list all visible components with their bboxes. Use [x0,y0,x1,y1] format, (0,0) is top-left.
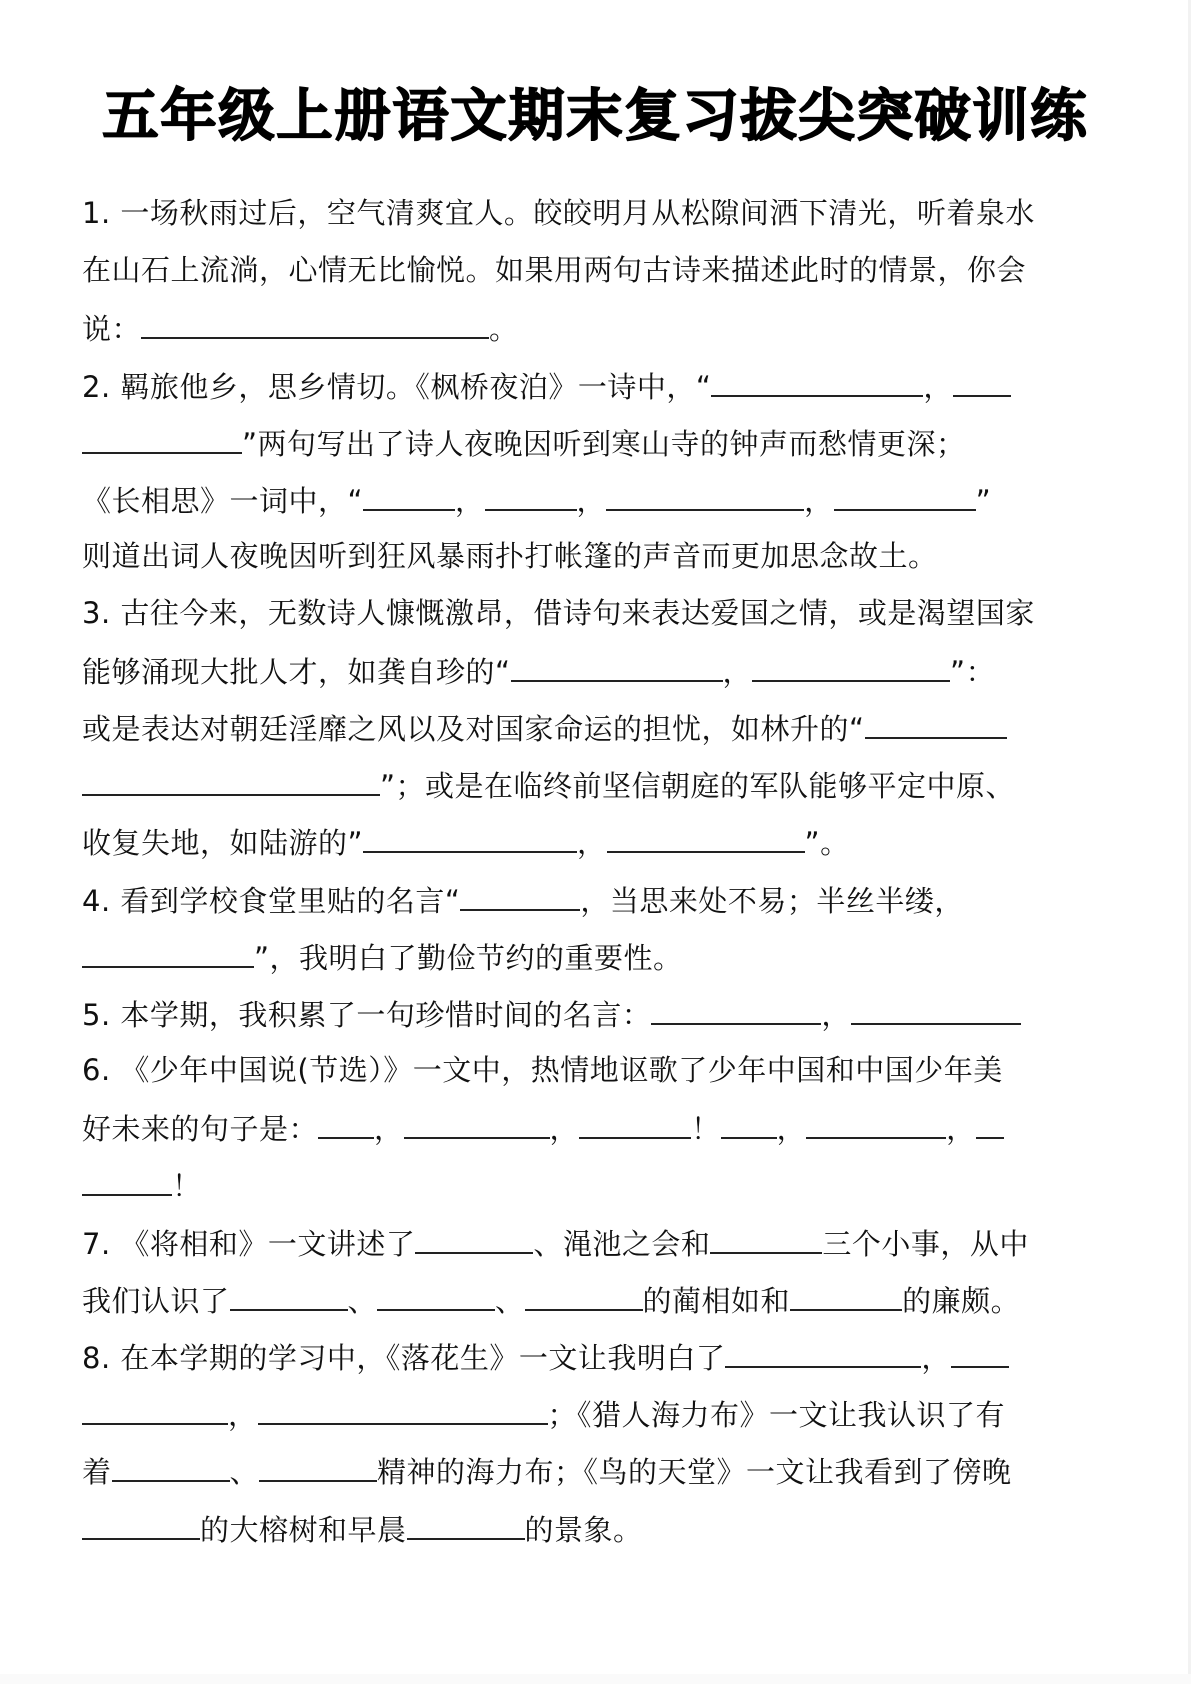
line-text: ， [923,367,953,407]
line-text: 的大榕树和早晨 [200,1510,407,1550]
line-text: 、 [495,1281,525,1321]
page-title: 五年级上册语文期末复习拔尖突破训练 [0,72,1191,152]
fill-in-blank[interactable] [318,1107,374,1139]
line-text: 在山石上流淌，心情无比愉悦。如果用两句古诗来描述此时的情景，你会 [82,250,1026,290]
text-line: ！ [82,1164,202,1204]
fill-in-blank[interactable] [711,365,923,397]
line-text: ， [550,1109,580,1149]
page-bottom [0,1674,1191,1684]
text-line: ，；《猎人海力布》一文让我认识了有 [82,1393,1005,1433]
fill-in-blank[interactable] [407,1508,525,1540]
line-text: ”；或是在临终前坚信朝庭的军队能够平定中原、 [380,766,1015,806]
line-text: 着 [82,1452,112,1492]
fill-in-blank[interactable] [112,1450,230,1482]
text-line: 3. 古往今来，无数诗人慷慨激昂，借诗句来表达爱国之情，或是渴望国家 [82,593,1035,633]
text-line: 8. 在本学期的学习中，《落花生》一文让我明白了， [82,1336,1009,1376]
line-text: 8. 在本学期的学习中，《落花生》一文让我明白了 [82,1338,725,1378]
line-text: 7. 《将相和》一文讲述了 [82,1224,415,1264]
text-line: ”两句写出了诗人夜晚因听到寒山寺的钟声而愁情更深； [82,422,966,462]
line-text: 则道出词人夜晚因听到狂风暴雨扑打帐篷的声音而更加思念故土。 [82,536,938,576]
line-text: ”： [950,652,995,692]
text-line: 2. 羁旅他乡，思乡情切。《枫桥夜泊》一诗中，“， [82,365,1011,405]
text-line: 则道出词人夜晚因听到狂风暴雨扑打帐篷的声音而更加思念故土。 [82,536,938,576]
line-text: 6. 《少年中国说(节选）》一文中，热情地讴歌了少年中国和中国少年美 [82,1050,1003,1090]
fill-in-blank[interactable] [851,993,1021,1025]
fill-in-blank[interactable] [976,1107,1004,1139]
line-text: ”，我明白了勤俭节约的重要性。 [254,938,683,978]
line-text: ， [577,481,607,521]
line-text: ”两句写出了诗人夜晚因听到寒山寺的钟声而愁情更深； [242,424,966,464]
line-text: ， [455,481,485,521]
fill-in-blank[interactable] [806,1107,946,1139]
text-line: 4. 看到学校食堂里贴的名言“，当思来处不易；半丝半缕， [82,879,964,919]
line-text: 《长相思》一词中，“ [82,481,363,521]
fill-in-blank[interactable] [710,1222,822,1254]
fill-in-blank[interactable] [752,650,950,682]
fill-in-blank[interactable] [82,422,242,454]
line-text: 、渑池之会和 [533,1224,710,1264]
fill-in-blank[interactable] [651,993,821,1025]
fill-in-blank[interactable] [82,1393,228,1425]
line-text: ， [821,995,851,1035]
line-text: 的廉颇。 [902,1281,1020,1321]
fill-in-blank[interactable] [607,821,805,853]
text-line: 说：。 [82,307,519,347]
fill-in-blank[interactable] [606,479,804,511]
line-text: ，当思来处不易；半丝半缕， [580,881,964,921]
text-line: 1. 一场秋雨过后，空气清爽宜人。皎皎明月从松隙间洒下清光，听着泉水 [82,193,1035,233]
text-line: 着、精神的海力布；《鸟的天堂》一文让我看到了傍晚 [82,1450,1012,1490]
fill-in-blank[interactable] [259,1450,377,1482]
line-text: 说： [82,309,141,349]
line-text: ！ [691,1109,721,1149]
text-line: 5. 本学期，我积累了一句珍惜时间的名言：， [82,993,1021,1033]
fill-in-blank[interactable] [82,936,254,968]
line-text: ， [946,1109,976,1149]
line-text: 、 [348,1281,378,1321]
text-line: 我们认识了、、的蔺相如和的廉颇。 [82,1279,1020,1319]
line-text: 1. 一场秋雨过后，空气清爽宜人。皎皎明月从松隙间洒下清光，听着泉水 [82,193,1035,233]
fill-in-blank[interactable] [525,1279,643,1311]
fill-in-blank[interactable] [82,1164,172,1196]
fill-in-blank[interactable] [82,764,380,796]
text-line: 收复失地，如陆游的”，”。 [82,821,850,861]
fill-in-blank[interactable] [230,1279,348,1311]
fill-in-blank[interactable] [579,1107,691,1139]
fill-in-blank[interactable] [363,479,455,511]
line-text: 三个小事，从中 [822,1224,1029,1264]
line-text: 5. 本学期，我积累了一句珍惜时间的名言： [82,995,651,1035]
line-text: 。 [489,309,519,349]
text-line: 好未来的句子是：，，！，， [82,1107,1004,1147]
line-text: ， [228,1395,258,1435]
line-text: 能够涌现大批人才，如龚自珍的“ [82,652,511,692]
fill-in-blank[interactable] [511,650,723,682]
line-text: ， [374,1109,404,1149]
line-text: 的蔺相如和 [643,1281,791,1321]
text-line: ”，我明白了勤俭节约的重要性。 [82,936,683,976]
fill-in-blank[interactable] [141,307,489,339]
line-text: ；《猎人海力布》一文让我认识了有 [548,1395,1006,1435]
line-text: 、 [230,1452,260,1492]
fill-in-blank[interactable] [377,1279,495,1311]
line-text: 收复失地，如陆游的” [82,823,363,863]
fill-in-blank[interactable] [790,1279,902,1311]
line-text: 或是表达对朝廷淫靡之风以及对国家命运的担忧，如林升的“ [82,709,865,749]
line-text: 我们认识了 [82,1281,230,1321]
fill-in-blank[interactable] [721,1107,777,1139]
text-line: 7. 《将相和》一文讲述了、渑池之会和三个小事，从中 [82,1222,1029,1262]
line-text: 好未来的句子是： [82,1109,318,1149]
fill-in-blank[interactable] [834,479,976,511]
fill-in-blank[interactable] [953,365,1011,397]
fill-in-blank[interactable] [82,1508,200,1540]
fill-in-blank[interactable] [415,1222,533,1254]
text-line: 在山石上流淌，心情无比愉悦。如果用两句古诗来描述此时的情景，你会 [82,250,1026,290]
text-line: 能够涌现大批人才，如龚自珍的“，”： [82,650,995,690]
line-text: 的景象。 [525,1510,643,1550]
fill-in-blank[interactable] [865,707,1007,739]
text-line: 的大榕树和早晨的景象。 [82,1508,643,1548]
line-text: ” [976,481,992,521]
line-text: 精神的海力布；《鸟的天堂》一文让我看到了傍晚 [377,1452,1012,1492]
text-line: 《长相思》一词中，“，，，” [82,479,991,519]
text-line: 或是表达对朝廷淫靡之风以及对国家命运的担忧，如林升的“ [82,707,1007,747]
fill-in-blank[interactable] [725,1336,921,1368]
line-text: ！ [172,1166,202,1206]
fill-in-blank[interactable] [363,821,577,853]
line-text: ”。 [805,823,850,863]
line-text: ， [577,823,607,863]
line-text: ， [804,481,834,521]
fill-in-blank[interactable] [404,1107,550,1139]
line-text: ， [777,1109,807,1149]
line-text: 3. 古往今来，无数诗人慷慨激昂，借诗句来表达爱国之情，或是渴望国家 [82,593,1035,633]
text-line: ”；或是在临终前坚信朝庭的军队能够平定中原、 [82,764,1015,804]
line-text: 4. 看到学校食堂里贴的名言“ [82,881,460,921]
line-text: 2. 羁旅他乡，思乡情切。《枫桥夜泊》一诗中，“ [82,367,711,407]
fill-in-blank[interactable] [485,479,577,511]
line-text: ， [723,652,753,692]
text-line: 6. 《少年中国说(节选）》一文中，热情地讴歌了少年中国和中国少年美 [82,1050,1003,1090]
fill-in-blank[interactable] [258,1393,548,1425]
line-text: ， [921,1338,951,1378]
fill-in-blank[interactable] [951,1336,1009,1368]
fill-in-blank[interactable] [460,879,580,911]
worksheet-page: 五年级上册语文期末复习拔尖突破训练 1. 一场秋雨过后，空气清爽宜人。皎皎明月从… [0,0,1191,1684]
